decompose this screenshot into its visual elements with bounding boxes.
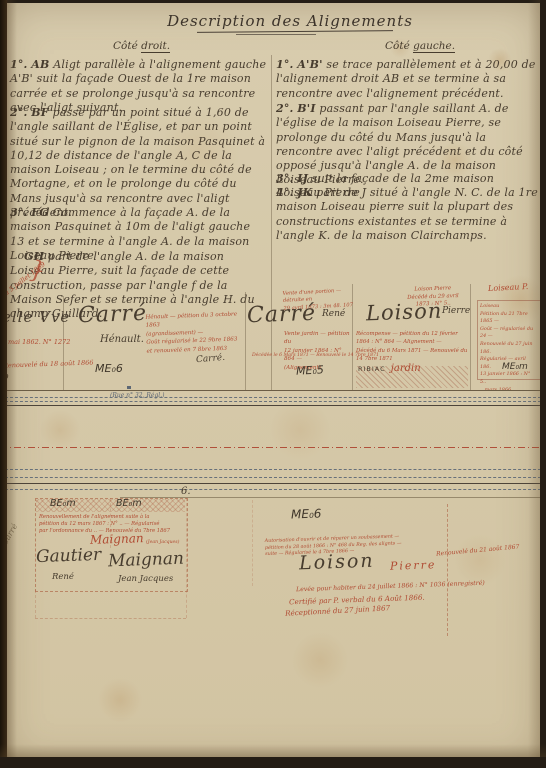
owner-name-gautier: Gautier (36, 545, 102, 567)
book-binding-edge (0, 0, 7, 768)
column-header-right: Côté gauche. (385, 40, 455, 52)
segment-ref: B'I (297, 102, 315, 115)
column-header-left-word: droit. (141, 40, 170, 53)
column-divider (271, 55, 272, 390)
faint-divider (252, 500, 253, 586)
red-note-line: Renouvellement de l'alignement suite à l… (39, 514, 183, 521)
road-line (0, 390, 546, 391)
box-extension-line (35, 618, 186, 619)
column-header-right-prefix: Côté (385, 40, 410, 52)
alignment-paragraph-right-1: 1°. A'B' se trace parallèlement et à 20,… (276, 58, 538, 101)
road-line (0, 483, 546, 484)
segment-ref: FG (31, 206, 49, 219)
column-header-left: Côté droit. (113, 40, 170, 52)
road-line-dashed (0, 489, 546, 490)
photo-edge-right (540, 0, 546, 768)
owner-name-maignan: Maignan (108, 549, 185, 572)
paragraph-text: part de J situé à l'angle N. C. de la 1r… (276, 186, 538, 242)
owner-name-carre-rene: Carré (247, 301, 317, 328)
alignment-paragraph-left-2: 2°. BF passe par un point situé à 1,60 d… (10, 106, 268, 220)
road-line-dashed (0, 401, 546, 402)
alignment-paragraph-right-4: 4°. JK part de J situé à l'angle N. C. d… (276, 186, 538, 243)
owner-firstname-red: Pierre (390, 558, 437, 573)
title-underline-2 (236, 34, 316, 35)
owner-subname-henault: Hénault. (100, 334, 144, 345)
owner-firstname: René (52, 572, 74, 582)
segment-ref: BF (31, 106, 49, 119)
paragraph-number: 2°. (276, 102, 294, 115)
paragraph-number: 1°. (276, 58, 294, 71)
road-line-dashed (0, 397, 546, 398)
road-tick (127, 386, 131, 389)
paragraph-number: 4°. (276, 186, 294, 199)
segment-ref: A'B' (297, 58, 322, 71)
red-divider (447, 504, 448, 636)
page-edge-shadow (528, 0, 540, 768)
owner-firstname: Jean Jacques (118, 574, 173, 584)
column-header-left-prefix: Côté (113, 40, 138, 52)
red-note-line: pétition du 12 mars 1867 : N° .. — Régul… (39, 521, 183, 528)
paragraph-text: passe par un point situé à 1,60 de l'ang… (10, 106, 265, 219)
register-note: mai 1862. N° 1272 (8, 338, 70, 346)
owner-name-loison-bottom: Loison (299, 550, 375, 575)
red-note-line: 1864 : N° 864 — Alignement — (356, 338, 468, 346)
segment-ref: IJ (297, 172, 308, 185)
road-centerline-red (0, 447, 546, 448)
photo-edge-bottom (0, 757, 546, 768)
column-header-right-word: gauche. (413, 40, 455, 53)
manuscript-scan: Description des Alignements Côté droit. … (0, 0, 546, 768)
road-line (0, 405, 546, 406)
owner-name-carre: Carré (78, 301, 148, 328)
page-title: Description des Alignements (150, 12, 430, 30)
page-bottom-shadow (0, 744, 546, 757)
segment-ref: JK (297, 186, 312, 199)
red-note-line: Récompense — pétition du 12 février (356, 330, 468, 338)
register-red-note: Hénault — pétition du 3 octobre 1863 (ag… (145, 310, 244, 355)
hatched-area (356, 366, 468, 388)
owner-firstname: Pierre (442, 306, 470, 316)
surveyor-mark: BE₀m (50, 498, 76, 509)
road-line-dashed (0, 469, 546, 470)
segment-ref: AB (31, 58, 49, 71)
paragraph-number: 3°. (276, 172, 294, 185)
surveyor-mark: ME₀m (502, 362, 528, 372)
road-line-dashed (0, 477, 546, 478)
binding-shadow (7, 0, 17, 768)
surveyor-mark: ME₀6 (291, 506, 322, 521)
box-extension-line (186, 498, 187, 618)
red-note-line: Vente jardin — pétition du (284, 330, 354, 347)
owner-firstname: René (322, 309, 345, 319)
box-extension-line (35, 590, 36, 618)
red-note-line: (Jean Jacques) (146, 540, 179, 545)
surveyor-mark: ME₀5 (296, 363, 325, 377)
section-number: 6. (181, 486, 191, 497)
surveyor-mark: BE₀m (116, 498, 142, 509)
register-divider (470, 284, 471, 390)
photo-edge-top (0, 0, 546, 3)
owner-name-loison: Loison (366, 299, 443, 326)
surveyor-mark: ME₀6 (95, 362, 123, 375)
